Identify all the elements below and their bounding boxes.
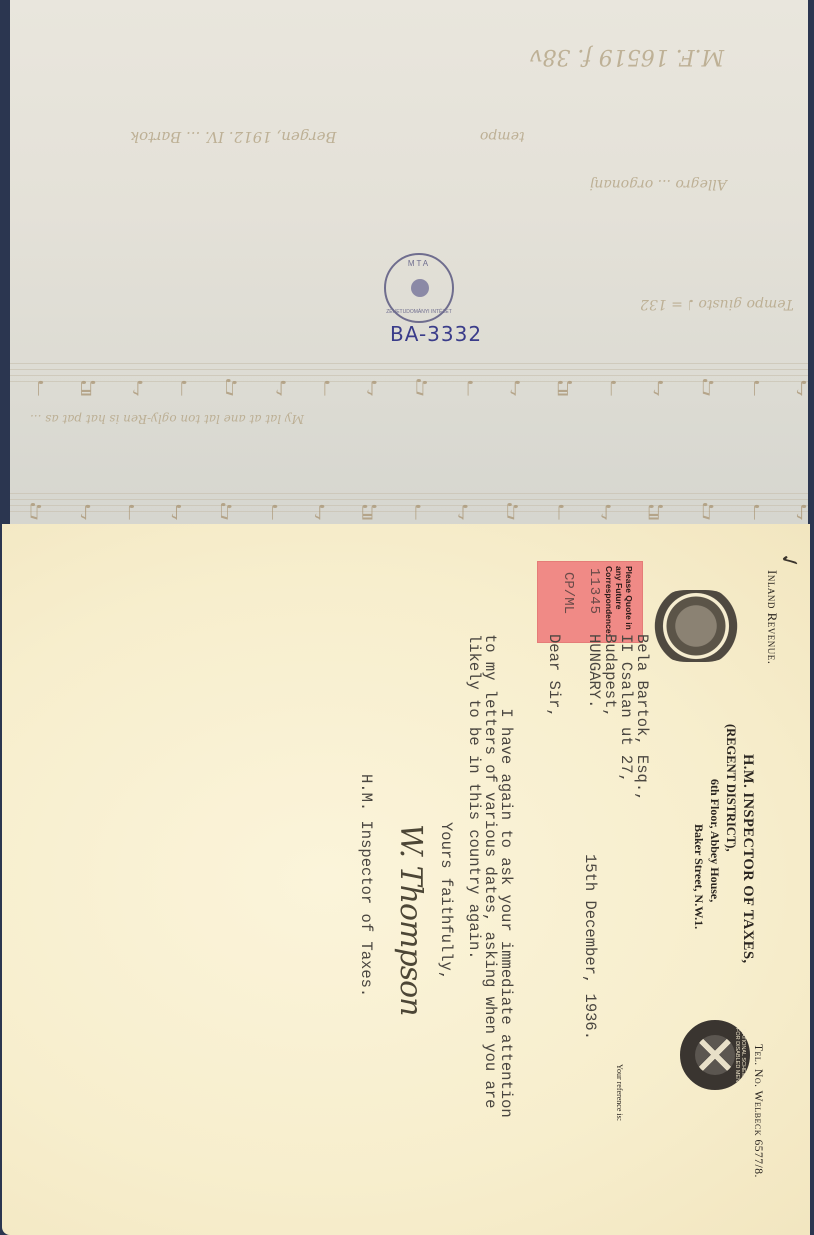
letter-date: 15th December, 1936. [582,854,598,1040]
signatory-title: H.M. Inspector of Taxes. [358,774,374,997]
letterhead-district: (REGENT DISTRICT), [723,724,738,852]
library-stamp: MTA ZENETUDOMÁNYI INTÉZET [384,253,454,323]
badge-text: NATIONAL SCHEME FOR DISABLED MEN [734,1023,746,1087]
lyrics-line: My lat at ane lat ton ogly-Ren is hat pa… [30,412,304,426]
department-name: Inland Revenue. [764,570,780,665]
call-number: BA-3332 [390,322,482,346]
manuscript-line: tempo [480,128,525,144]
crest-icon [411,279,429,297]
reference-label: Your reference is: [615,1064,624,1121]
body-line: I have again to ask your immediate atten… [498,634,514,1118]
closing: Yours faithfully, [438,822,454,980]
manuscript-line: Bergen, 1912. IV. ... Bartok [130,128,336,146]
union-flag-icon [695,1035,735,1075]
telephone-number: Tel. No. Welbeck 6577/8. [752,1044,764,1178]
reference-sticker: Please Quote in any Future Correspondenc… [538,562,642,642]
letterhead-address-1: 6th Floor, Abbey House, [707,779,722,902]
letter-sheet: ✓ Inland Revenue. H.M. INSPECTOR OF TAXE… [2,524,810,1235]
letterhead-address-2: Baker Street, N.W.1. [691,824,706,929]
body-line: to my letters of various dates, asking w… [482,634,498,1108]
stamp-bottom-text: ZENETUDOMÁNYI INTÉZET [386,309,452,315]
salutation: Dear Sir, [546,634,562,718]
signature: W. Thompson [393,824,428,1016]
letterhead-title: H.M. INSPECTOR OF TAXES, [739,754,756,964]
national-scheme-badge-icon: NATIONAL SCHEME FOR DISABLED MEN [680,1020,750,1090]
manuscript-sheet: M.F. 16519 f. 38v tempo Bergen, 1912. IV… [10,0,808,524]
sticker-heading: Please Quote in any Future Correspondenc… [604,566,634,640]
music-notes: ♪ ♩ ♫ ♬ ♪ ♩ ♫ ♪ ♩ ♬ ♪ ♩ ♫ ♪ ♩ ♪ ♫ ♩ ♬ ♪ … [10,474,808,524]
recipient-line: HUNGARY. [586,634,602,708]
body-line: likely to be in this country again. [466,634,482,960]
recipient-line: II Csalan ut 27, [618,634,634,783]
recipient-line: Budapest, [602,634,618,718]
royal-crest-icon [650,590,742,662]
letter-content: ✓ Inland Revenue. H.M. INSPECTOR OF TAXE… [2,524,810,1235]
manuscript-line: Allegro ... orgonanj [590,176,727,192]
catalog-annotation: M.F. 16519 f. 38v [530,44,724,69]
stamp-top-text: MTA [386,259,452,268]
music-notes: ♪ ♩ ♫ ♪ ♩ ♬ ♪ ♩ ♫ ♪ ♩ ♪ ♫ ♩ ♪ ♬ ♩ ♪ ♫ ♩ … [10,350,808,400]
recipient-line: Bela Bartok, Esq., [634,634,650,801]
manuscript-line: Tempo giusto ♩ = 132 [640,296,794,312]
sticker-initials: CP/ML [560,572,576,614]
sticker-number: 11345 [586,568,602,615]
